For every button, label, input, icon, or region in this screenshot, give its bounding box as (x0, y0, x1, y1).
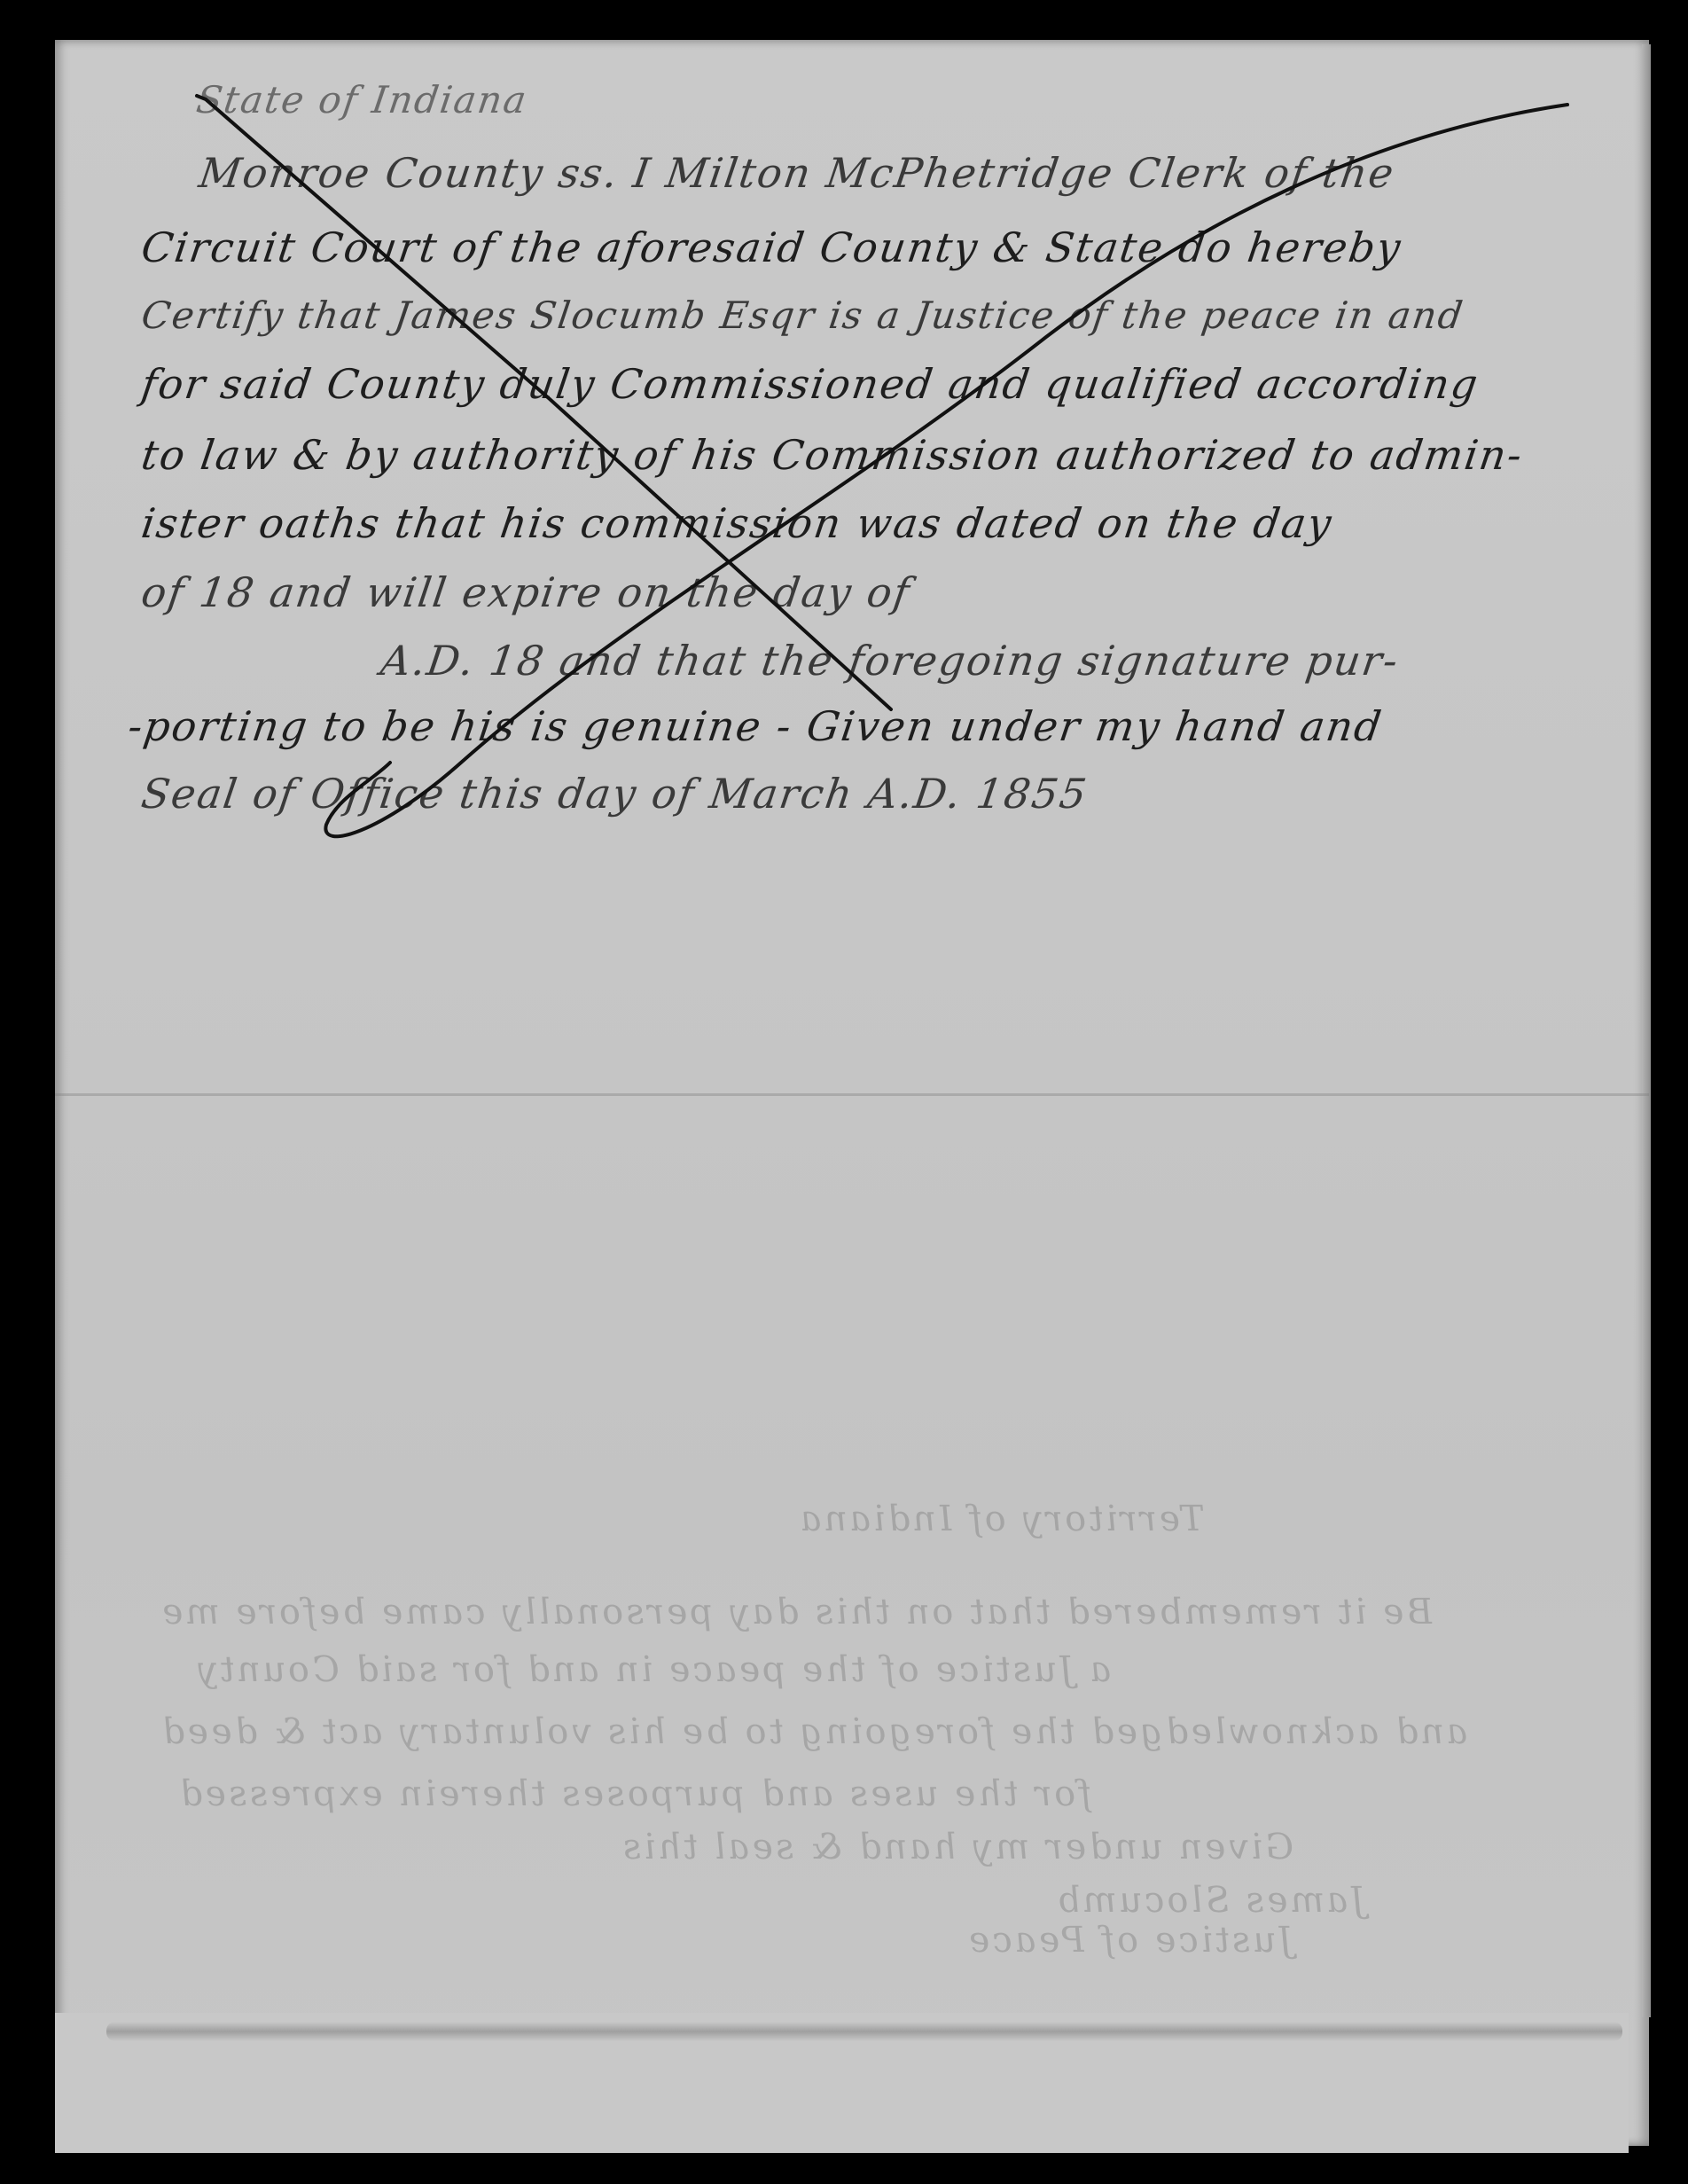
crossout-x-mark (0, 0, 1688, 2184)
